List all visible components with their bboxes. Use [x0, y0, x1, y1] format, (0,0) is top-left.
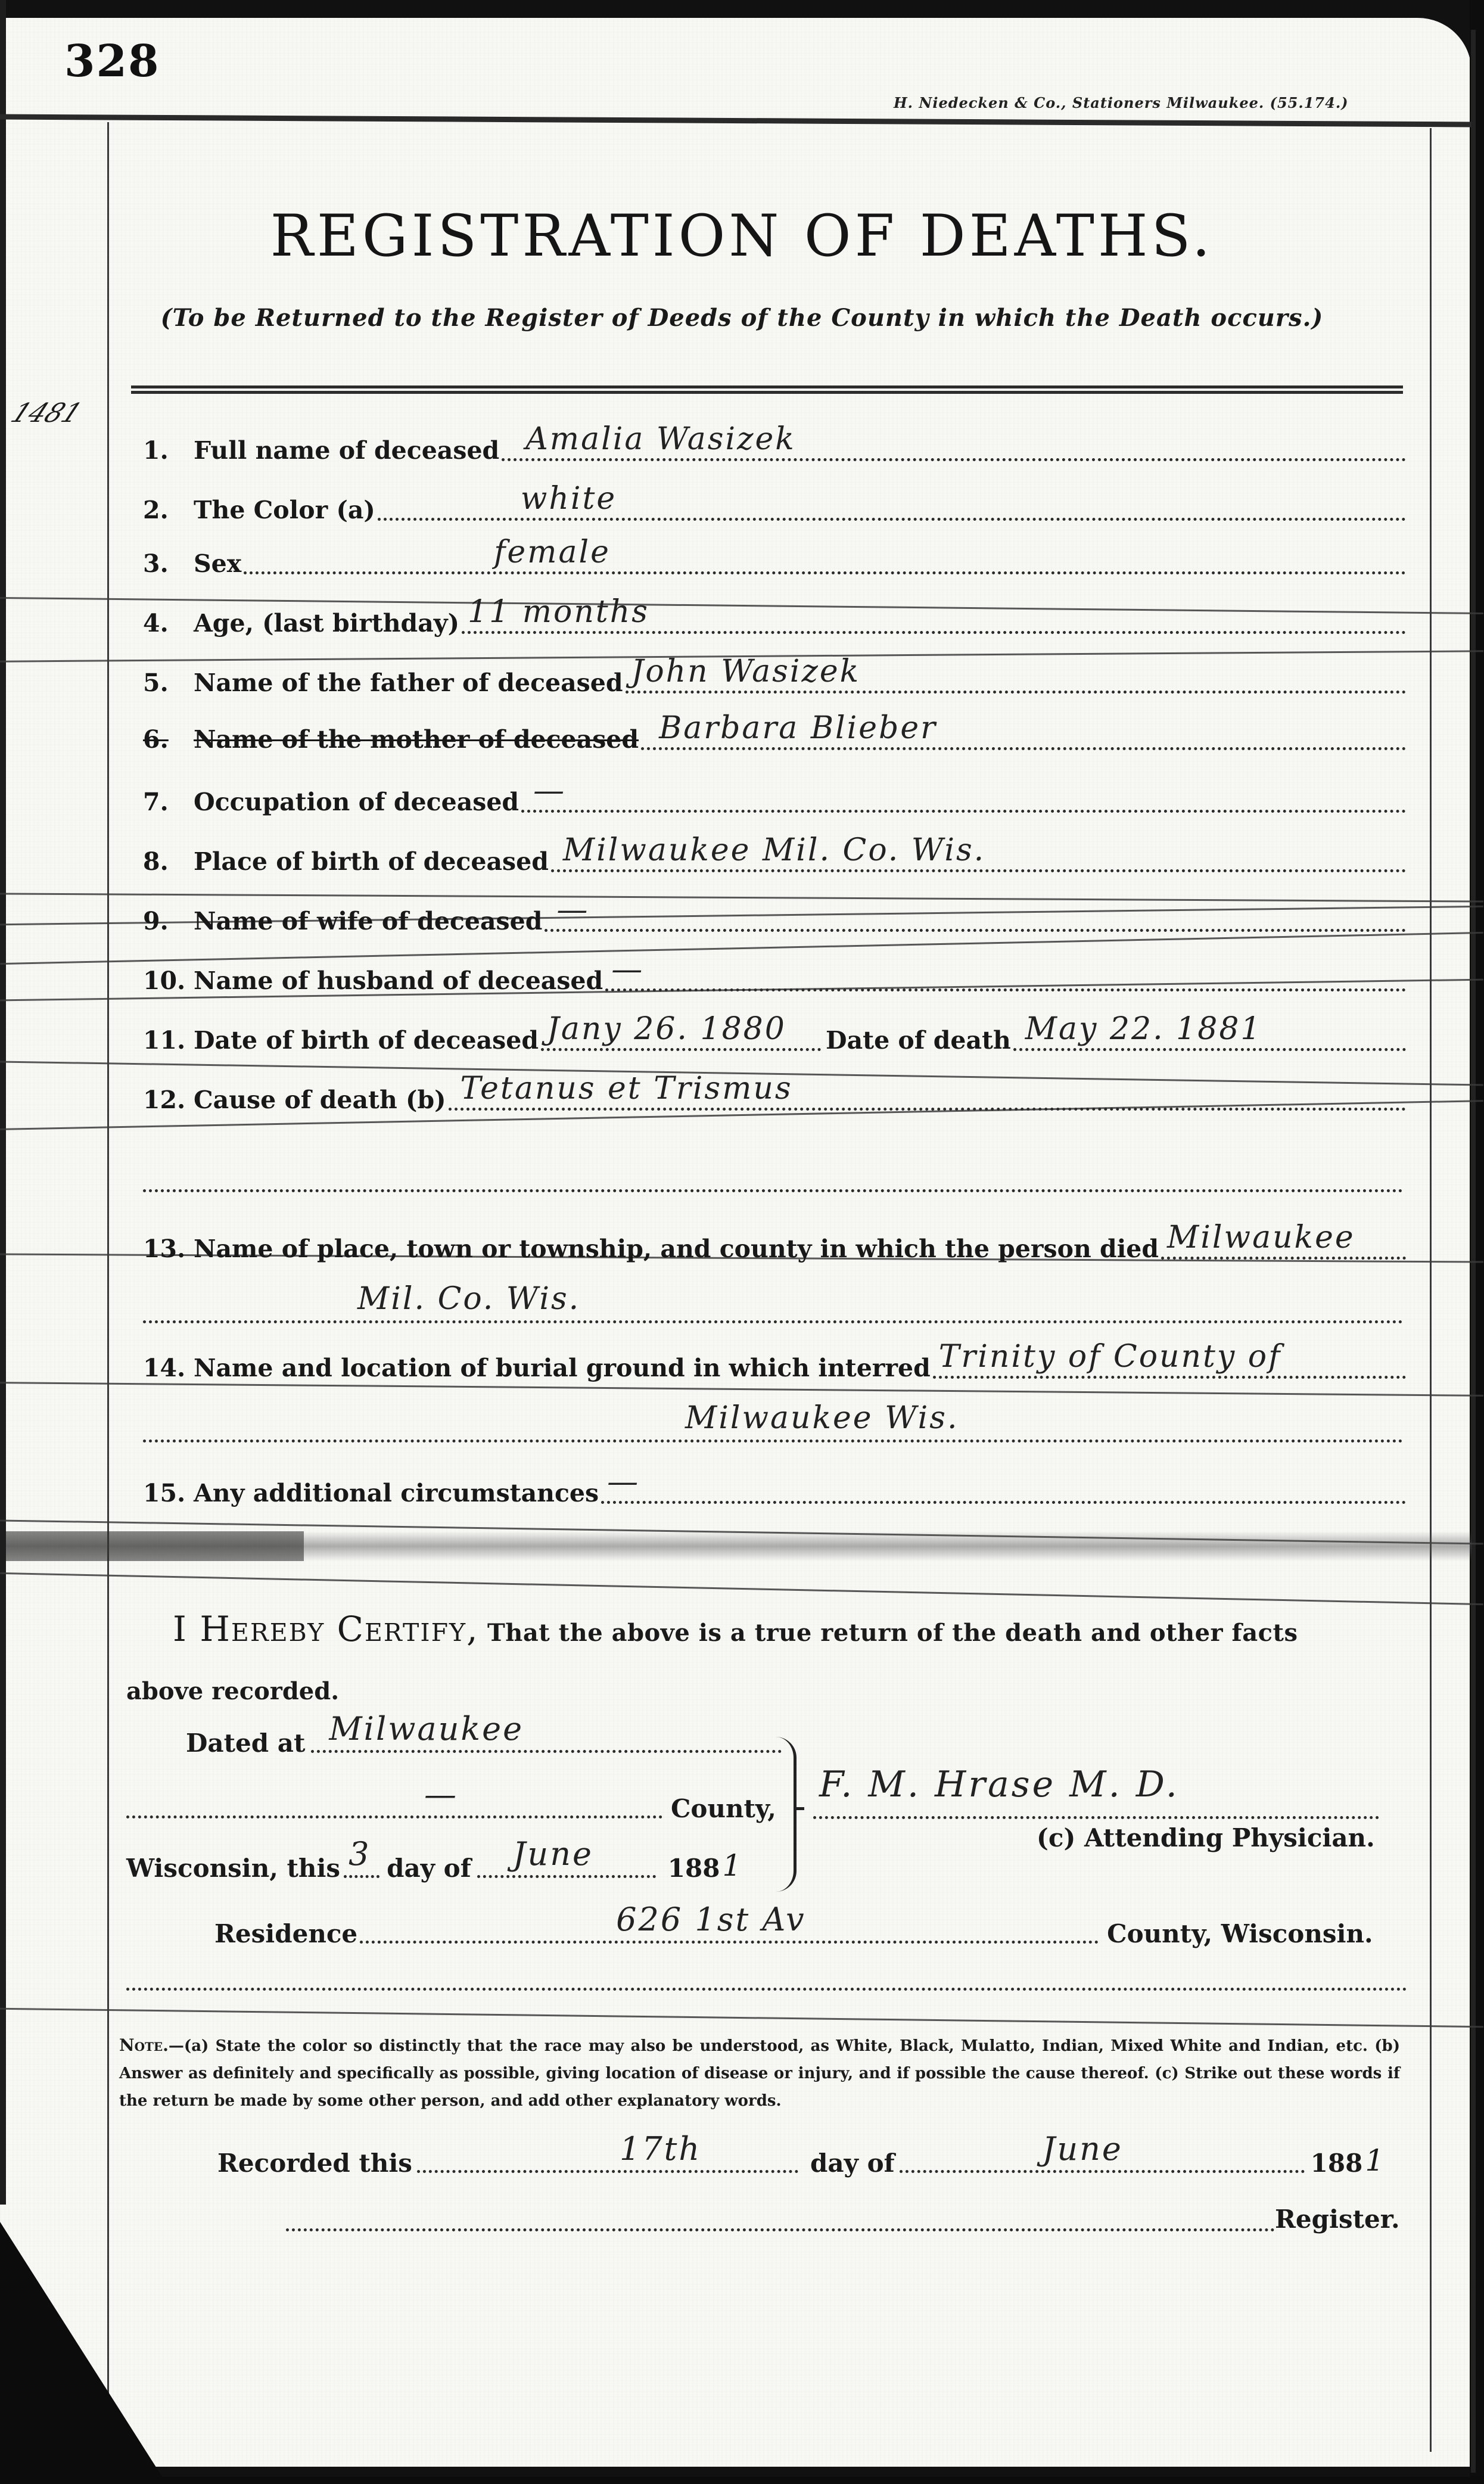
- field-value: Tetanus et Trismus: [461, 1071, 793, 1106]
- certification-text: That the above is a true return of the d…: [487, 1619, 1298, 1647]
- field-value: Milwaukee Mil. Co. Wis.: [563, 832, 985, 868]
- day-of-label: day of: [387, 1854, 471, 1883]
- footnote-text: —(a) State the color so distinctly that …: [119, 2037, 1400, 2110]
- recorded-month-value: June: [1043, 2130, 1123, 2168]
- dated-at-value: Milwaukee: [329, 1710, 524, 1748]
- field-number: 1.: [143, 436, 194, 465]
- wisconsin-this-label: Wisconsin, this: [126, 1854, 340, 1883]
- residence-line: 626 1st Av: [360, 1899, 1099, 1944]
- field-cause-of-death: 12. Cause of death (b) Tetanus et Trismu…: [143, 1072, 1406, 1114]
- month-line: June: [477, 1833, 656, 1878]
- margin-rule-right: [1430, 128, 1432, 2452]
- physician-label: (c) Attending Physician.: [1037, 1823, 1375, 1852]
- blank-line: [126, 1984, 1407, 1991]
- recorded-month-line: June: [900, 2128, 1305, 2173]
- field-value-line: May 22. 1881: [1013, 1006, 1406, 1051]
- field-value-line: —: [601, 1459, 1406, 1504]
- field-value-line: white: [378, 476, 1406, 521]
- field-color: 2. The Color (a) white: [143, 483, 1406, 524]
- field-value: Amalia Wasizek: [525, 421, 796, 457]
- document-subtitle: (To be Returned to the Register of Deeds…: [0, 304, 1484, 332]
- page-number: 328: [64, 36, 160, 87]
- field-label: Date of birth of deceased: [194, 1026, 539, 1055]
- field-value: female: [494, 534, 611, 570]
- day-value: 3: [349, 1835, 371, 1873]
- field-burial-ground: 14. Name and location of burial ground i…: [143, 1341, 1406, 1382]
- title-double-rule: [131, 385, 1403, 394]
- recorded-year-prefix: 188: [1311, 2149, 1363, 2178]
- field-label: Place of birth of deceased: [194, 847, 549, 876]
- field-number: 11.: [143, 1026, 194, 1055]
- residence-suffix: County, Wisconsin.: [1107, 1919, 1373, 1948]
- field-age: 4. Age, (last birthday) 11 months: [143, 596, 1406, 638]
- field-number: 8.: [143, 847, 194, 876]
- field-value-line: Amalia Wasizek: [502, 416, 1406, 461]
- field-value-line: Milwaukee Mil. Co. Wis.: [551, 828, 1406, 872]
- field-place-of-death: 13. Name of place, town or township, and…: [143, 1221, 1406, 1263]
- certification-lead: I Hereby Certify,: [173, 1609, 479, 1649]
- blank-line: [143, 1186, 1403, 1192]
- field-value-line: Jany 26. 1880: [541, 1006, 821, 1051]
- certification-statement: I Hereby Certify, That the above is a tr…: [173, 1609, 1412, 1649]
- field-value-continuation: Milwaukee Wis.: [685, 1400, 959, 1436]
- field-value-line: Tetanus et Trismus: [449, 1066, 1406, 1111]
- margin-rule-outer: [1471, 30, 1476, 2473]
- margin-rule-left: [107, 122, 109, 2452]
- dated-at-line: Milwaukee: [311, 1708, 782, 1753]
- field-value: —: [611, 952, 644, 987]
- field-father-name: 5. Name of the father of deceased John W…: [143, 655, 1406, 697]
- field-label: The Color (a): [194, 496, 375, 524]
- county-line: —: [126, 1774, 662, 1818]
- scan-shadow-fold: [6, 1531, 1471, 1561]
- field-value: 11 months: [468, 594, 649, 630]
- year-prefix: 188: [668, 1854, 720, 1883]
- field-label: Name of place, town or township, and cou…: [194, 1235, 1159, 1263]
- field-label: Name of husband of deceased: [194, 966, 603, 995]
- year-suffix: 1: [722, 1848, 741, 1883]
- field-number: 7.: [143, 788, 194, 816]
- field-label: Name of the father of deceased: [194, 669, 623, 697]
- physician-signature: F. M. Hrase M. D.: [819, 1764, 1180, 1805]
- signature-brace: [776, 1737, 797, 1892]
- field-husband-name: 10. Name of husband of deceased —: [143, 953, 1406, 995]
- field-additional-circumstances: 15. Any additional circumstances —: [143, 1466, 1406, 1507]
- residence-label: Residence: [214, 1919, 357, 1948]
- blank-line: [143, 1436, 1403, 1442]
- month-value: June: [513, 1835, 593, 1873]
- field-number: 2.: [143, 496, 194, 524]
- margin-record-number: 1481: [6, 398, 87, 428]
- field-value: white: [521, 481, 617, 517]
- field-sex: 3. Sex female: [143, 536, 1406, 578]
- dated-at-label: Dated at: [186, 1728, 305, 1758]
- field-number: 9.: [143, 907, 194, 935]
- dated-at-row: Dated at Milwaukee: [186, 1716, 782, 1758]
- field-wife-name: 9. Name of wife of deceased —: [143, 894, 1406, 935]
- field-value-continuation: Mil. Co. Wis.: [357, 1281, 580, 1317]
- field-label: Occupation of deceased: [194, 788, 519, 816]
- field-value: —: [533, 773, 566, 809]
- recorded-day-of-label: day of: [810, 2149, 895, 2178]
- field-label-death-date: Date of death: [826, 1026, 1011, 1055]
- field-number: 13.: [143, 1235, 194, 1263]
- recorded-year-suffix: 1: [1365, 2143, 1384, 2178]
- field-mother-name: 6. Name of the mother of deceased Barbar…: [143, 712, 1406, 754]
- printer-imprint: H. Niedecken & Co., Stationers Milwaukee…: [894, 94, 1349, 111]
- document-title: REGISTRATION OF DEATHS.: [0, 203, 1484, 269]
- register-label: Register.: [1275, 2205, 1400, 2234]
- field-value: Trinity of County of: [939, 1339, 1282, 1375]
- field-number: 10.: [143, 966, 194, 995]
- field-value-line: female: [244, 530, 1406, 574]
- field-value-line: Trinity of County of: [933, 1334, 1406, 1379]
- residence-value: 626 1st Av: [616, 1901, 805, 1938]
- residence-row: Residence 626 1st Av County, Wisconsin.: [214, 1907, 1373, 1948]
- field-dates: 11. Date of birth of deceased Jany 26. 1…: [143, 1013, 1406, 1055]
- field-number: 3.: [143, 549, 194, 578]
- field-label: Name and location of burial ground in wh…: [194, 1354, 931, 1382]
- field-occupation: 7. Occupation of deceased —: [143, 775, 1406, 816]
- field-value-line: 11 months: [462, 589, 1406, 634]
- field-full-name: 1. Full name of deceased Amalia Wasizek: [143, 423, 1406, 465]
- field-label: Any additional circumstances: [194, 1479, 599, 1507]
- certification-text-cont: above recorded.: [126, 1677, 339, 1705]
- field-label: Full name of deceased: [194, 436, 499, 465]
- field-value-line: Milwaukee: [1161, 1215, 1406, 1260]
- wisconsin-date-row: Wisconsin, this 3 day of June 188 1: [126, 1841, 741, 1883]
- field-value-death-date: May 22. 1881: [1025, 1011, 1262, 1047]
- field-number: 5.: [143, 669, 194, 697]
- field-place-of-birth: 8. Place of birth of deceased Milwaukee …: [143, 834, 1406, 876]
- county-label: County,: [671, 1794, 776, 1823]
- field-label: Cause of death (b): [194, 1086, 446, 1114]
- field-label: Name of the mother of deceased: [194, 725, 639, 754]
- field-number: 14.: [143, 1354, 194, 1382]
- recorded-day-line: 17th: [417, 2128, 798, 2173]
- field-value: Barbara Blieber: [659, 710, 937, 746]
- recorded-day-value: 17th: [620, 2130, 701, 2168]
- field-value-line: John Wasizek: [626, 649, 1406, 694]
- field-value-line: —: [521, 768, 1406, 813]
- field-label: Sex: [194, 549, 241, 578]
- day-line: 3: [344, 1833, 379, 1878]
- field-label: Age, (last birthday): [194, 609, 459, 638]
- signature-line: [813, 1816, 1379, 1819]
- field-number: 4.: [143, 609, 194, 638]
- field-value: —: [607, 1464, 640, 1500]
- field-number: 12.: [143, 1086, 194, 1114]
- field-value-line: —: [605, 947, 1406, 991]
- county-value: —: [424, 1776, 458, 1813]
- register-signature-line: [286, 2228, 1275, 2231]
- recorded-label: Recorded this: [217, 2149, 412, 2178]
- field-value: Milwaukee: [1167, 1220, 1355, 1255]
- county-row: — County,: [126, 1782, 776, 1823]
- field-value-line: —: [545, 887, 1406, 932]
- field-value-birth-date: Jany 26. 1880: [547, 1011, 786, 1047]
- field-number: 15.: [143, 1479, 194, 1507]
- scan-edge-bottom: [0, 2477, 1484, 2484]
- field-value: —: [556, 892, 589, 928]
- footnote-lead: Note.: [119, 2035, 169, 2055]
- field-label: Name of wife of deceased: [194, 907, 542, 935]
- field-value: John Wasizek: [631, 654, 861, 689]
- footnote: Note.—(a) State the color so distinctly …: [119, 2032, 1400, 2115]
- blank-line: [143, 1317, 1403, 1323]
- field-value-line: Barbara Blieber: [641, 705, 1406, 750]
- field-number: 6.: [143, 725, 194, 754]
- recorded-row: Recorded this 17th day of June 188 1: [217, 2136, 1384, 2178]
